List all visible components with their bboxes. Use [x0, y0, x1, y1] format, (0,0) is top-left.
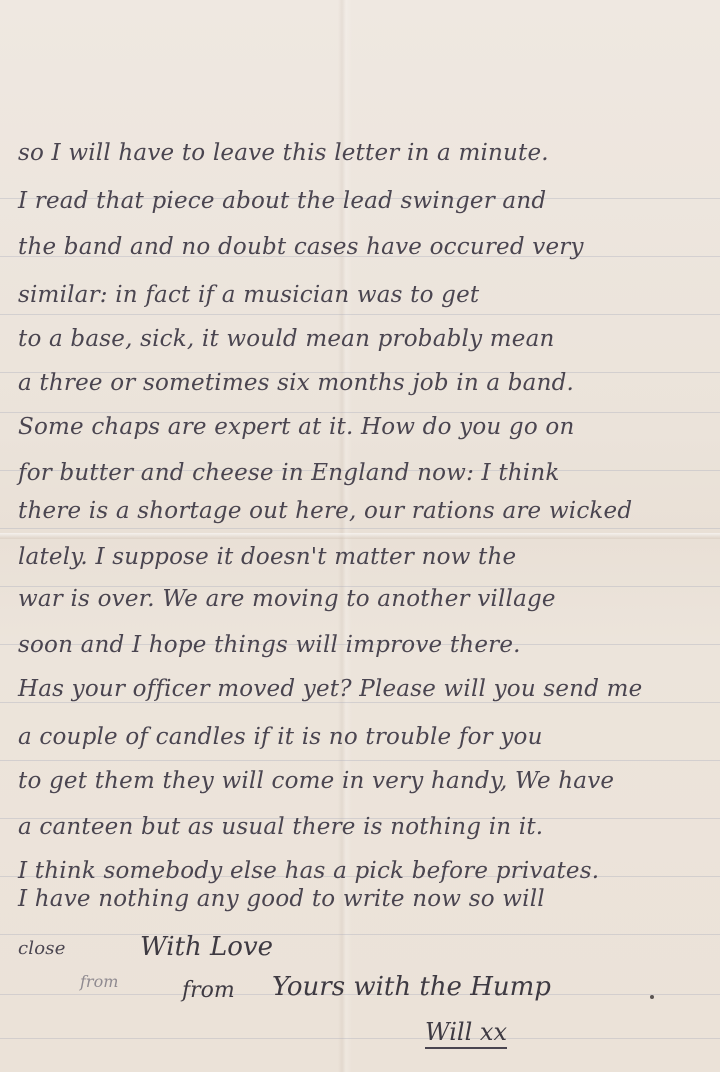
- ruled-line: [0, 760, 720, 761]
- letter-line: similar: in fact if a musician was to ge…: [18, 282, 479, 308]
- letter-line: there is a shortage out here, our ration…: [18, 498, 632, 524]
- letter-line: close: [18, 938, 66, 959]
- letter-line: I have nothing any good to write now so …: [18, 886, 545, 912]
- letter-line: a three or sometimes six months job in a…: [18, 370, 574, 396]
- letter-line: to get them they will come in very handy…: [18, 768, 614, 794]
- pencil-note: from: [80, 972, 118, 991]
- letter-line: so I will have to leave this letter in a…: [18, 140, 549, 166]
- letter-page: so I will have to leave this letter in a…: [0, 0, 720, 1072]
- closing-from: from: [182, 978, 235, 1003]
- ruled-line: [0, 1038, 720, 1039]
- letter-line: to a base, sick, it would mean probably …: [18, 326, 555, 352]
- ruled-line: [0, 528, 720, 529]
- ink-dot: [650, 995, 654, 999]
- letter-line: lately. I suppose it doesn't matter now …: [18, 544, 516, 570]
- letter-line: I read that piece about the lead swinger…: [18, 188, 546, 214]
- letter-line: a canteen but as usual there is nothing …: [18, 814, 543, 840]
- ruled-line: [0, 702, 720, 703]
- closing-yours: Yours with the Hump: [272, 972, 551, 1002]
- letter-line: a couple of candles if it is no trouble …: [18, 724, 543, 750]
- ruled-line: [0, 934, 720, 935]
- letter-line: Some chaps are expert at it. How do you …: [18, 414, 574, 440]
- letter-line: soon and I hope things will improve ther…: [18, 632, 521, 658]
- ruled-line: [0, 412, 720, 413]
- letter-line: I think somebody else has a pick before …: [18, 858, 599, 884]
- letter-line: the band and no doubt cases have occured…: [18, 234, 584, 260]
- signature-text: Will xx: [425, 1018, 507, 1049]
- letter-line: Has your officer moved yet? Please will …: [18, 676, 642, 702]
- letter-line: for butter and cheese in England now: I …: [18, 460, 560, 486]
- closing-with-love: With Love: [140, 932, 273, 962]
- letter-line: war is over. We are moving to another vi…: [18, 586, 556, 612]
- ruled-line: [0, 314, 720, 315]
- signature: Will xx: [425, 1018, 507, 1046]
- paper-fold: [0, 533, 720, 539]
